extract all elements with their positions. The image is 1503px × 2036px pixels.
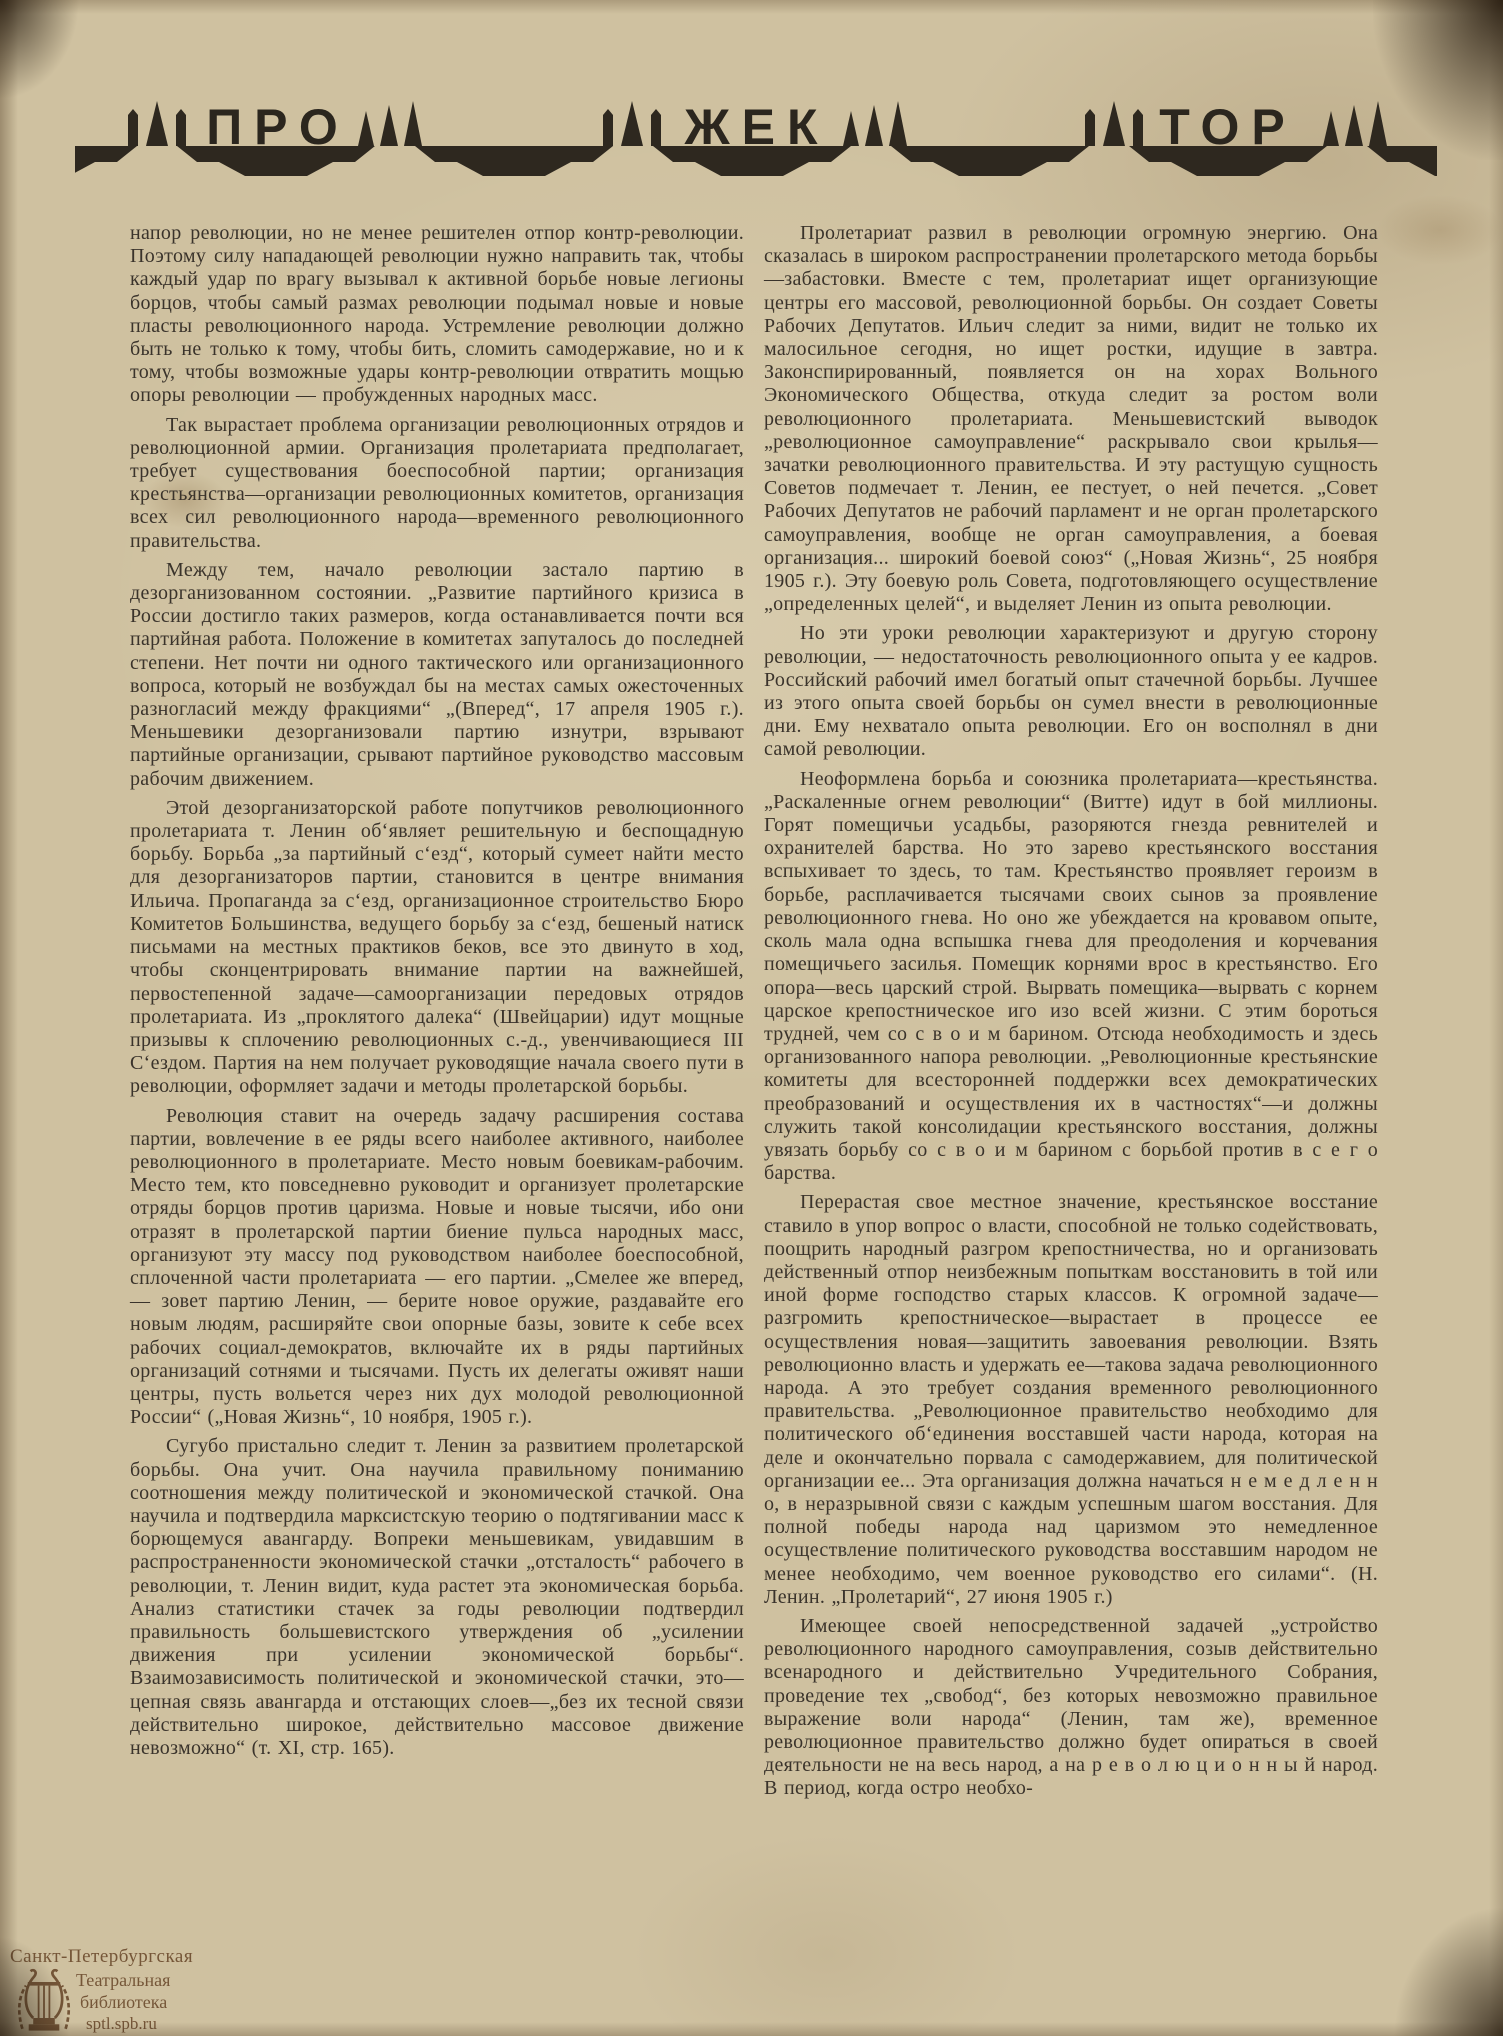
stamp-line: библиотека [80, 1992, 167, 2013]
scanned-journal-page: { "masthead": { "words": ["ПРО", "ЖЕК", … [0, 0, 1503, 2036]
masthead-word-pro: ПРО [206, 99, 350, 155]
body-paragraph: Неоформлена борьба и союзника пролетариа… [764, 768, 1378, 1186]
body-paragraph: Пролетариат развил в революции огромную … [764, 222, 1378, 616]
body-paragraph: Но эти уроки революции характеризуют и д… [764, 622, 1378, 761]
masthead-word-tor: ТОР [1159, 99, 1297, 155]
spike-ornament-icon [843, 101, 907, 146]
spike-ornament-icon [1323, 101, 1387, 146]
stamp-line: sptl.spb.ru [86, 2014, 157, 2034]
page-corner-shade [1393, 1906, 1503, 2036]
masthead-word-zhek: ЖЕК [683, 99, 829, 155]
body-paragraph: напор революции, но не менее решителен о… [130, 222, 744, 408]
page-corner-shade [0, 0, 80, 100]
spike-ornament-icon [358, 101, 422, 146]
article-body: напор революции, но не менее решителен о… [130, 222, 1378, 1807]
body-paragraph: Перерастая свое местное значение, кресть… [764, 1191, 1378, 1609]
stamp-line: Санкт-Петербургская [10, 1946, 193, 1968]
body-paragraph: Революция ставит на очередь задачу расши… [130, 1105, 744, 1430]
spike-ornament-icon [1085, 101, 1143, 146]
library-stamp: Санкт-Петербургская Театральная библиоте… [6, 1942, 256, 2036]
lyre-icon [14, 1964, 74, 2036]
body-paragraph: Этой дезорганизаторской работе попутчико… [130, 797, 744, 1099]
spike-ornament-icon [603, 101, 661, 146]
stamp-line: Театральная [76, 1970, 170, 1991]
masthead: ПРО ЖЕК ТОР [0, 94, 1503, 186]
left-column: напор революции, но не менее решителен о… [130, 222, 744, 1807]
body-paragraph: Между тем, начало революции застало парт… [130, 559, 744, 791]
body-paragraph: Сугубо пристально следит т. Ленин за раз… [130, 1435, 744, 1760]
body-paragraph: Так вырастает проблема организации револ… [130, 414, 744, 553]
spike-ornament-icon [128, 101, 186, 146]
body-paragraph: Имеющее своей непосредственной задачей „… [764, 1615, 1378, 1801]
right-column: Пролетариат развил в революции огромную … [764, 222, 1378, 1807]
